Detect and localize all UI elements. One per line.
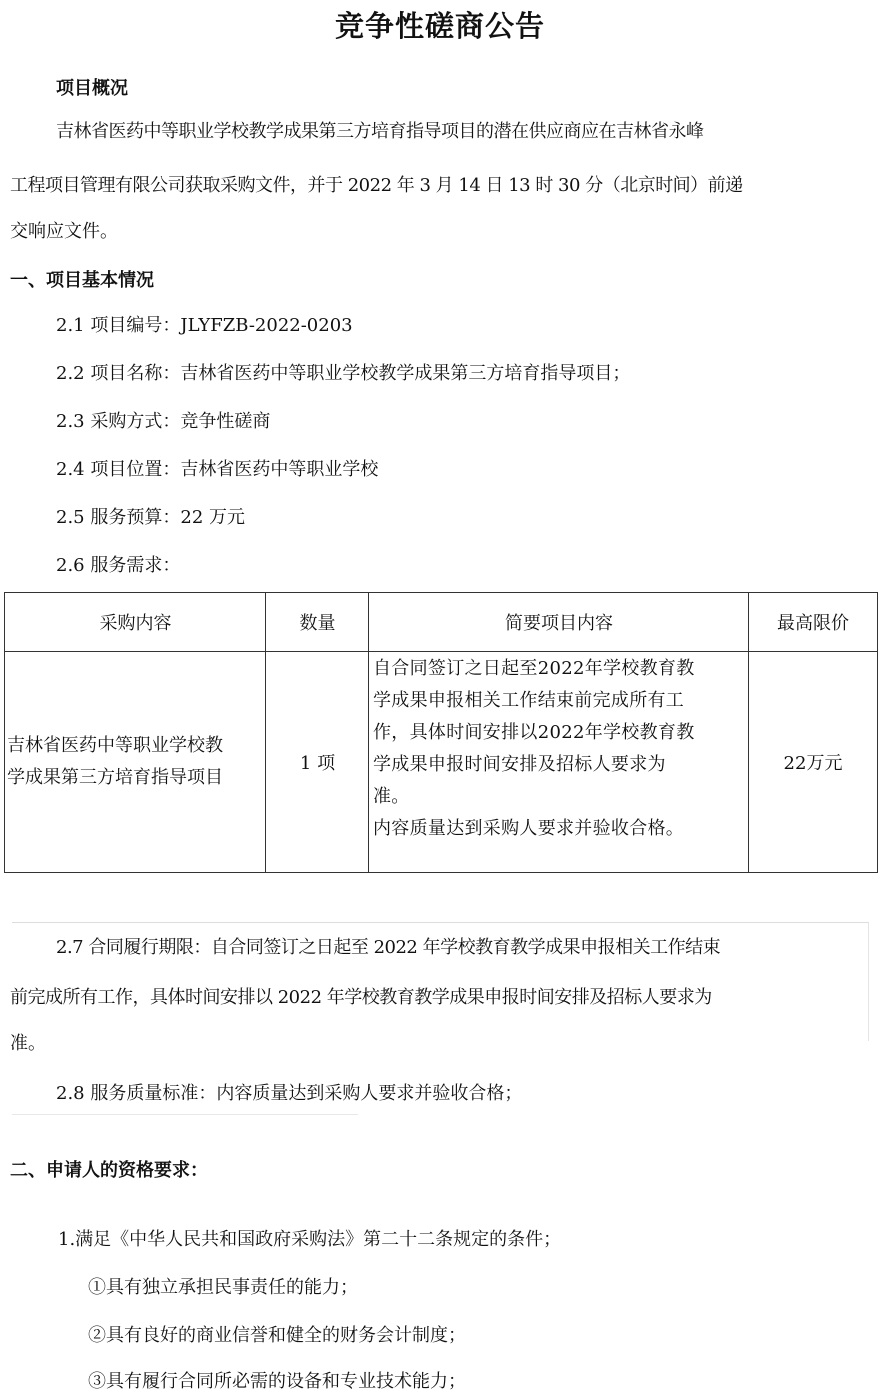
item-number: 2.2 [56, 363, 85, 384]
table-header-quantity: 数量 [266, 593, 369, 651]
overview-line-2: 工程项目管理有限公司获取采购文件，并于 2022 年 3 月 14 日 13 时… [10, 174, 743, 198]
overview-line-3: 交响应文件。 [10, 220, 118, 244]
item-2-4: 2.4 项目位置：吉林省医药中等职业学校 [56, 458, 378, 482]
item-2-7-line-3: 准。 [10, 1032, 46, 1056]
section2-heading: 二、申请人的资格要求： [10, 1156, 208, 1182]
item-label: 项目名称： [90, 363, 180, 384]
item-2-3: 2.3 采购方式：竞争性磋商 [56, 410, 270, 434]
item-number: 2.5 [56, 507, 85, 528]
item-label: 服务需求： [90, 555, 180, 576]
table-header-description: 简要项目内容 [369, 593, 749, 651]
table-header-content: 采购内容 [5, 593, 266, 651]
content-line: 学成果第三方培育指导项目 [7, 762, 223, 794]
item-2-6: 2.6 服务需求： [56, 554, 180, 578]
description-line: 准。 [373, 781, 751, 813]
overview-line-1: 吉林省医药中等职业学校教学成果第三方培育指导项目的潜在供应商应在吉林省永峰 [56, 120, 704, 144]
qualification-subitem-1: ①具有独立承担民事责任的能力； [88, 1276, 358, 1300]
item-2-7-line-1: 2.7 合同履行期限：自合同签订之日起至 2022 年学校教育教学成果申报相关工… [56, 936, 720, 960]
item-label: 项目编号： [90, 315, 180, 336]
service-budget: 22 万元 [180, 507, 245, 528]
qualification-subitem-3: ③具有履行合同所必需的设备和专业技术能力； [88, 1370, 466, 1394]
page-title: 竞争性磋商公告 [0, 4, 880, 45]
item-number: 2.4 [56, 459, 85, 480]
table-row-content: 吉林省医药中等职业学校教 学成果第三方培育指导项目 [5, 652, 266, 872]
table-row-description: 自合同签订之日起至2022年学校教育教 学成果申报相关工作结束前完成所有工 作，… [371, 653, 751, 845]
description-line: 学成果申报相关工作结束前完成所有工 [373, 685, 751, 717]
service-requirements-table: 采购内容 数量 简要项目内容 最高限价 吉林省医药中等职业学校教 学成果第三方培… [4, 592, 878, 873]
content-line: 吉林省医药中等职业学校教 [7, 730, 223, 762]
project-name: 吉林省医药中等职业学校教学成果第三方培育指导项目； [180, 363, 630, 384]
item-label: 服务预算： [90, 507, 180, 528]
table-row-max-price: 22万元 [749, 652, 877, 872]
item-label: 项目位置： [90, 459, 180, 480]
description-line: 内容质量达到采购人要求并验收合格。 [373, 813, 751, 845]
item-2-5: 2.5 服务预算：22 万元 [56, 506, 245, 530]
description-line: 自合同签订之日起至2022年学校教育教 [373, 653, 751, 685]
section1-heading: 一、项目基本情况 [10, 266, 154, 292]
item-number: 2.6 [56, 555, 85, 576]
item-number: 2.1 [56, 315, 85, 336]
item-label: 采购方式： [90, 411, 180, 432]
qualification-item-1: 1.满足《中华人民共和国政府采购法》第二十二条规定的条件； [58, 1228, 561, 1252]
table-header-max-price: 最高限价 [749, 593, 877, 651]
item-2-1: 2.1 项目编号：JLYFZB-2022-0203 [56, 314, 353, 338]
faint-divider [12, 1114, 358, 1115]
procurement-method: 竞争性磋商 [180, 411, 270, 432]
qualification-subitem-2: ②具有良好的商业信誉和健全的财务会计制度； [88, 1324, 466, 1348]
item-2-2: 2.2 项目名称：吉林省医药中等职业学校教学成果第三方培育指导项目； [56, 362, 630, 386]
item-2-7-line-2: 前完成所有工作，具体时间安排以 2022 年学校教育教学成果申报时间安排及招标人… [10, 986, 712, 1010]
project-code: JLYFZB-2022-0203 [180, 315, 352, 336]
table-row-quantity: 1 项 [266, 652, 369, 872]
overview-heading: 项目概况 [56, 74, 128, 100]
item-2-8: 2.8 服务质量标准：内容质量达到采购人要求并验收合格； [56, 1082, 522, 1106]
item-number: 2.3 [56, 411, 85, 432]
description-line: 学成果申报时间安排及招标人要求为 [373, 749, 751, 781]
description-line: 作，具体时间安排以2022年学校教育教 [373, 717, 751, 749]
project-location: 吉林省医药中等职业学校 [180, 459, 378, 480]
